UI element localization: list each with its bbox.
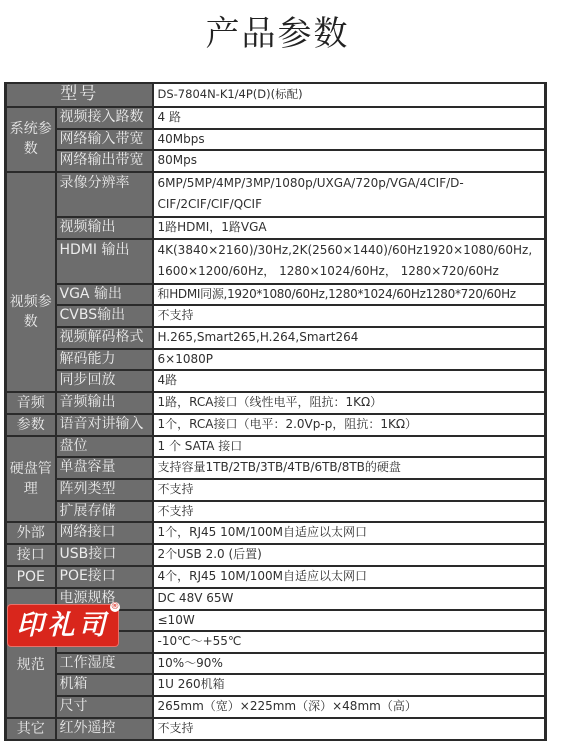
row-value: 40Mbps bbox=[153, 129, 546, 151]
table-row: 视频输出 1路HDMI，1路VGA bbox=[6, 217, 546, 239]
table-row: 视频解码格式 H.265,Smart265,H.264,Smart264 bbox=[6, 327, 546, 349]
row-value: 1个，RJ45 10M/100M自适应以太网口 bbox=[153, 522, 546, 544]
table-row-model: 型号 DS-7804N-K1/4P(D)(标配) bbox=[6, 83, 546, 107]
row-value: 265mm（宽）×225mm（深）×48mm（高） bbox=[153, 696, 546, 718]
table-row: POE POE接口 4个，RJ45 10M/100M自适应以太网口 bbox=[6, 566, 546, 588]
row-label: 扩展存储 bbox=[56, 501, 153, 523]
row-label: 录像分辨率 bbox=[56, 172, 153, 217]
group-label-audio-line1: 音频 bbox=[6, 392, 56, 414]
row-label: 红外遥控 bbox=[56, 718, 153, 740]
row-value: 4路 bbox=[153, 370, 546, 392]
group-label-video: 视频参数 bbox=[6, 172, 56, 392]
table-row: 工作湿度 10%～90% bbox=[6, 653, 546, 675]
row-value: 和HDMI同源,1920*1080/60Hz,1280*1024/60Hz128… bbox=[153, 284, 546, 306]
row-label: USB接口 bbox=[56, 544, 153, 566]
row-value: 10%～90% bbox=[153, 653, 546, 675]
row-label: HDMI 输出 bbox=[56, 239, 153, 284]
row-label: 工作湿度 bbox=[56, 653, 153, 675]
row-value: DC 48V 65W bbox=[153, 588, 546, 610]
row-label: 视频接入路数 bbox=[56, 107, 153, 129]
row-value: 1路HDMI，1路VGA bbox=[153, 217, 546, 239]
table-row: 机箱 1U 260机箱 bbox=[6, 674, 546, 696]
row-label: 网络输出带宽 bbox=[56, 150, 153, 172]
row-label: 解码能力 bbox=[56, 349, 153, 371]
table-row: 阵列类型 不支持 bbox=[6, 479, 546, 501]
row-label: 机箱 bbox=[56, 674, 153, 696]
row-label: 尺寸 bbox=[56, 696, 153, 718]
row-label: 同步回放 bbox=[56, 370, 153, 392]
row-label: 视频解码格式 bbox=[56, 327, 153, 349]
row-label: 音频输出 bbox=[56, 392, 153, 414]
table-row: 扩展存储 不支持 bbox=[6, 501, 546, 523]
table-row: 网络输入带宽 40Mbps bbox=[6, 129, 546, 151]
group-label-audio-line2: 参数 bbox=[6, 414, 56, 436]
table-row: 单盘容量 支持容量1TB/2TB/3TB/4TB/6TB/8TB的硬盘 bbox=[6, 457, 546, 479]
row-value: 6MP/5MP/4MP/3MP/1080p/UXGA/720p/VGA/4CIF… bbox=[153, 172, 546, 217]
row-value: 4 路 bbox=[153, 107, 546, 129]
table-row: 视频参数 录像分辨率 6MP/5MP/4MP/3MP/1080p/UXGA/72… bbox=[6, 172, 546, 217]
table-row: 同步回放 4路 bbox=[6, 370, 546, 392]
row-value: 不支持 bbox=[153, 479, 546, 501]
group-label-external-line2: 接口 bbox=[6, 544, 56, 566]
row-label: 语音对讲输入 bbox=[56, 414, 153, 436]
row-value: 6×1080P bbox=[153, 349, 546, 371]
table-row: 系统参数 视频接入路数 4 路 bbox=[6, 107, 546, 129]
row-value: -10℃～+55℃ bbox=[153, 631, 546, 653]
group-label-external-line1: 外部 bbox=[6, 522, 56, 544]
row-value: 1U 260机箱 bbox=[153, 674, 546, 696]
table-row: 参数 语音对讲输入 1个，RCA接口（电平：2.0Vp-p，阻抗：1KΩ） bbox=[6, 414, 546, 436]
group-label-poe: POE bbox=[6, 566, 56, 588]
table-row: HDMI 输出 4K(3840×2160)/30Hz,2K(2560×1440)… bbox=[6, 239, 546, 284]
row-value: 不支持 bbox=[153, 305, 546, 327]
row-value: 4K(3840×2160)/30Hz,2K(2560×1440)/60Hz192… bbox=[153, 239, 546, 284]
row-value: 不支持 bbox=[153, 501, 546, 523]
row-label: VGA 输出 bbox=[56, 284, 153, 306]
row-label: 单盘容量 bbox=[56, 457, 153, 479]
row-value: 2个USB 2.0 (后置) bbox=[153, 544, 546, 566]
row-value: 4个，RJ45 10M/100M自适应以太网口 bbox=[153, 566, 546, 588]
group-label-system: 系统参数 bbox=[6, 107, 56, 172]
table-row: 解码能力 6×1080P bbox=[6, 349, 546, 371]
registered-mark-icon: ® bbox=[110, 602, 120, 612]
row-label: 阵列类型 bbox=[56, 479, 153, 501]
row-value: 1个，RCA接口（电平：2.0Vp-p，阻抗：1KΩ） bbox=[153, 414, 546, 436]
watermark-text: 印礼司 bbox=[17, 605, 110, 646]
row-label: POE接口 bbox=[56, 566, 153, 588]
row-label: 视频输出 bbox=[56, 217, 153, 239]
table-row: 尺寸 265mm（宽）×225mm（深）×48mm（高） bbox=[6, 696, 546, 718]
row-label: 盘位 bbox=[56, 436, 153, 458]
table-row: 音频 音频输出 1路，RCA接口（线性电平，阻抗：1KΩ） bbox=[6, 392, 546, 414]
table-row: CVBS输出 不支持 bbox=[6, 305, 546, 327]
row-value: 支持容量1TB/2TB/3TB/4TB/6TB/8TB的硬盘 bbox=[153, 457, 546, 479]
row-value: H.265,Smart265,H.264,Smart264 bbox=[153, 327, 546, 349]
model-label: 型号 bbox=[6, 83, 153, 107]
row-value: 80Mps bbox=[153, 150, 546, 172]
row-value: 不支持 bbox=[153, 718, 546, 740]
row-value: 1路，RCA接口（线性电平，阻抗：1KΩ） bbox=[153, 392, 546, 414]
row-value: 1 个 SATA 接口 bbox=[153, 436, 546, 458]
group-label-disk: 硬盘管理 bbox=[6, 436, 56, 522]
table-row: 硬盘管理 盘位 1 个 SATA 接口 bbox=[6, 436, 546, 458]
row-value: ≤10W bbox=[153, 610, 546, 632]
row-label: CVBS输出 bbox=[56, 305, 153, 327]
page-title: 产品参数 bbox=[0, 12, 555, 56]
table-row: 外部 网络接口 1个，RJ45 10M/100M自适应以太网口 bbox=[6, 522, 546, 544]
model-value: DS-7804N-K1/4P(D)(标配) bbox=[153, 83, 546, 107]
row-label: 网络输入带宽 bbox=[56, 129, 153, 151]
row-label: 网络接口 bbox=[56, 522, 153, 544]
table-row: 其它 红外遥控 不支持 bbox=[6, 718, 546, 740]
group-label-other: 其它 bbox=[6, 718, 56, 740]
table-row: 接口 USB接口 2个USB 2.0 (后置) bbox=[6, 544, 546, 566]
watermark-logo: 印礼司 ® bbox=[8, 605, 118, 646]
table-row: 网络输出带宽 80Mps bbox=[6, 150, 546, 172]
table-row: VGA 输出 和HDMI同源,1920*1080/60Hz,1280*1024/… bbox=[6, 284, 546, 306]
